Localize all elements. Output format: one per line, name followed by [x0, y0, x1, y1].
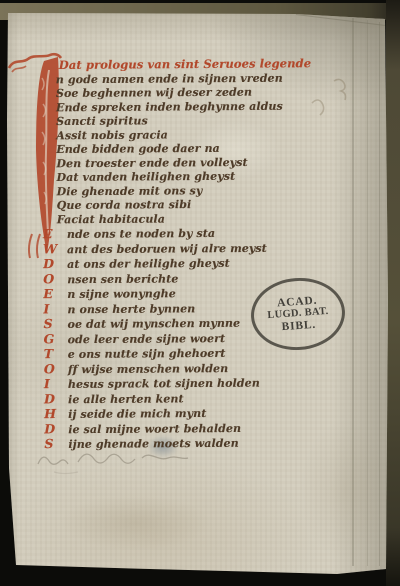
- line-text: nde ons te noden by sta: [67, 227, 215, 241]
- line-text: at ons der heilighe gheyst: [67, 257, 230, 271]
- manuscript-line: Ihesus sprack tot sijnen holden: [43, 375, 353, 392]
- versal-initial: E: [43, 287, 67, 301]
- versal-initial: H: [44, 407, 68, 421]
- line-text: Que corda nostra sibi: [57, 198, 192, 212]
- manuscript-line: n gode namen ende in sijnen vreden: [41, 71, 351, 87]
- line-text: Ende spreken inden beghynne aldus: [56, 100, 283, 115]
- page-crease: [367, 20, 368, 566]
- versal-initial: W: [43, 242, 67, 256]
- parchment-stain: [60, 495, 210, 550]
- line-text: ff wijse menschen wolden: [68, 362, 228, 376]
- manuscript-line: Hij seide die mich mynt: [43, 405, 353, 422]
- line-text: n sijne wonynghe: [67, 287, 176, 301]
- stamp-line: BIBL.: [281, 318, 316, 332]
- line-text: ie sal mijne woert behalden: [68, 422, 241, 436]
- book-fore-edge: [386, 0, 400, 586]
- line-text: Ende bidden gode daer na: [56, 142, 220, 156]
- manuscript-line: Die ghenade mit ons sy: [42, 183, 352, 199]
- line-text: Die ghenade mit ons sy: [57, 184, 203, 198]
- line-text: Dat vanden heilighen gheyst: [56, 170, 235, 184]
- manuscript-line: Ende spreken inden beghynne aldus: [41, 99, 351, 115]
- line-text: hesus sprack tot sijnen holden: [68, 377, 260, 391]
- versal-initial: O: [43, 272, 67, 286]
- text-block: Dat prologus van sint Seruoes legende n …: [41, 55, 354, 452]
- manuscript-line: Assit nobis gracia: [41, 127, 351, 143]
- manuscript-line: Den troester ende den volleyst: [41, 155, 351, 171]
- versal-initial: D: [44, 422, 68, 436]
- line-text: Den troester ende den volleyst: [56, 156, 247, 170]
- line-text: oe dat wij mynschen mynne: [67, 317, 240, 331]
- line-text: ode leer ende sijne woert: [68, 332, 226, 346]
- page-crease: [352, 18, 354, 566]
- versal-initial: I: [43, 302, 67, 316]
- manuscript-line: Dat ons der heilighe gheyst: [42, 255, 352, 272]
- line-text: Soe beghennen wij deser zeden: [56, 86, 252, 100]
- line-text: Sancti spiritus: [56, 114, 148, 128]
- parchment-page: Dat prologus van sint Seruoes legende n …: [0, 0, 400, 586]
- versal-initial: T: [44, 347, 68, 361]
- line-text: e ons nutte sijn ghehoert: [68, 347, 226, 361]
- versal-initial: D: [44, 392, 68, 406]
- versal-initial: S: [43, 317, 67, 331]
- line-text: Assit nobis gracia: [56, 129, 168, 143]
- versal-initial: O: [44, 362, 68, 376]
- manuscript-line: Ende ons te noden by sta: [42, 225, 352, 242]
- versal-initial: E: [43, 227, 67, 241]
- line-text: Faciat habitacula: [57, 213, 165, 227]
- versal-initial: S: [44, 437, 68, 451]
- manuscript-scan: Dat prologus van sint Seruoes legende n …: [0, 0, 400, 586]
- line-text: ant des bedoruen wij alre meyst: [67, 242, 267, 256]
- line-text: n onse herte bynnen: [67, 302, 195, 316]
- manuscript-line: Off wijse menschen wolden: [43, 360, 353, 377]
- line-text: nsen sen berichte: [67, 272, 178, 286]
- manuscript-line: Want des bedoruen wij alre meyst: [42, 240, 352, 257]
- versal-initial: I: [44, 377, 68, 391]
- line-text: ijne ghenade moets walden: [68, 437, 238, 451]
- line-text: ie alle herten kent: [68, 392, 184, 406]
- manuscript-line: Faciat habitacula: [42, 211, 352, 227]
- manuscript-line: Die alle herten kent: [43, 390, 353, 407]
- versal-initial: D: [43, 257, 67, 271]
- text-lines: n gode namen ende in sijnen vredenSoe be…: [41, 71, 354, 452]
- manuscript-line: Sijne ghenade moets walden: [43, 435, 353, 452]
- versal-initial: G: [44, 332, 68, 346]
- manuscript-line: Die sal mijne woert behalden: [43, 420, 353, 437]
- page-crease: [379, 22, 380, 566]
- rubric-heading: Dat prologus van sint Seruoes legende: [41, 55, 351, 73]
- line-text: ij seide die mich mynt: [68, 407, 206, 421]
- line-text: n gode namen ende in sijnen vreden: [56, 72, 283, 87]
